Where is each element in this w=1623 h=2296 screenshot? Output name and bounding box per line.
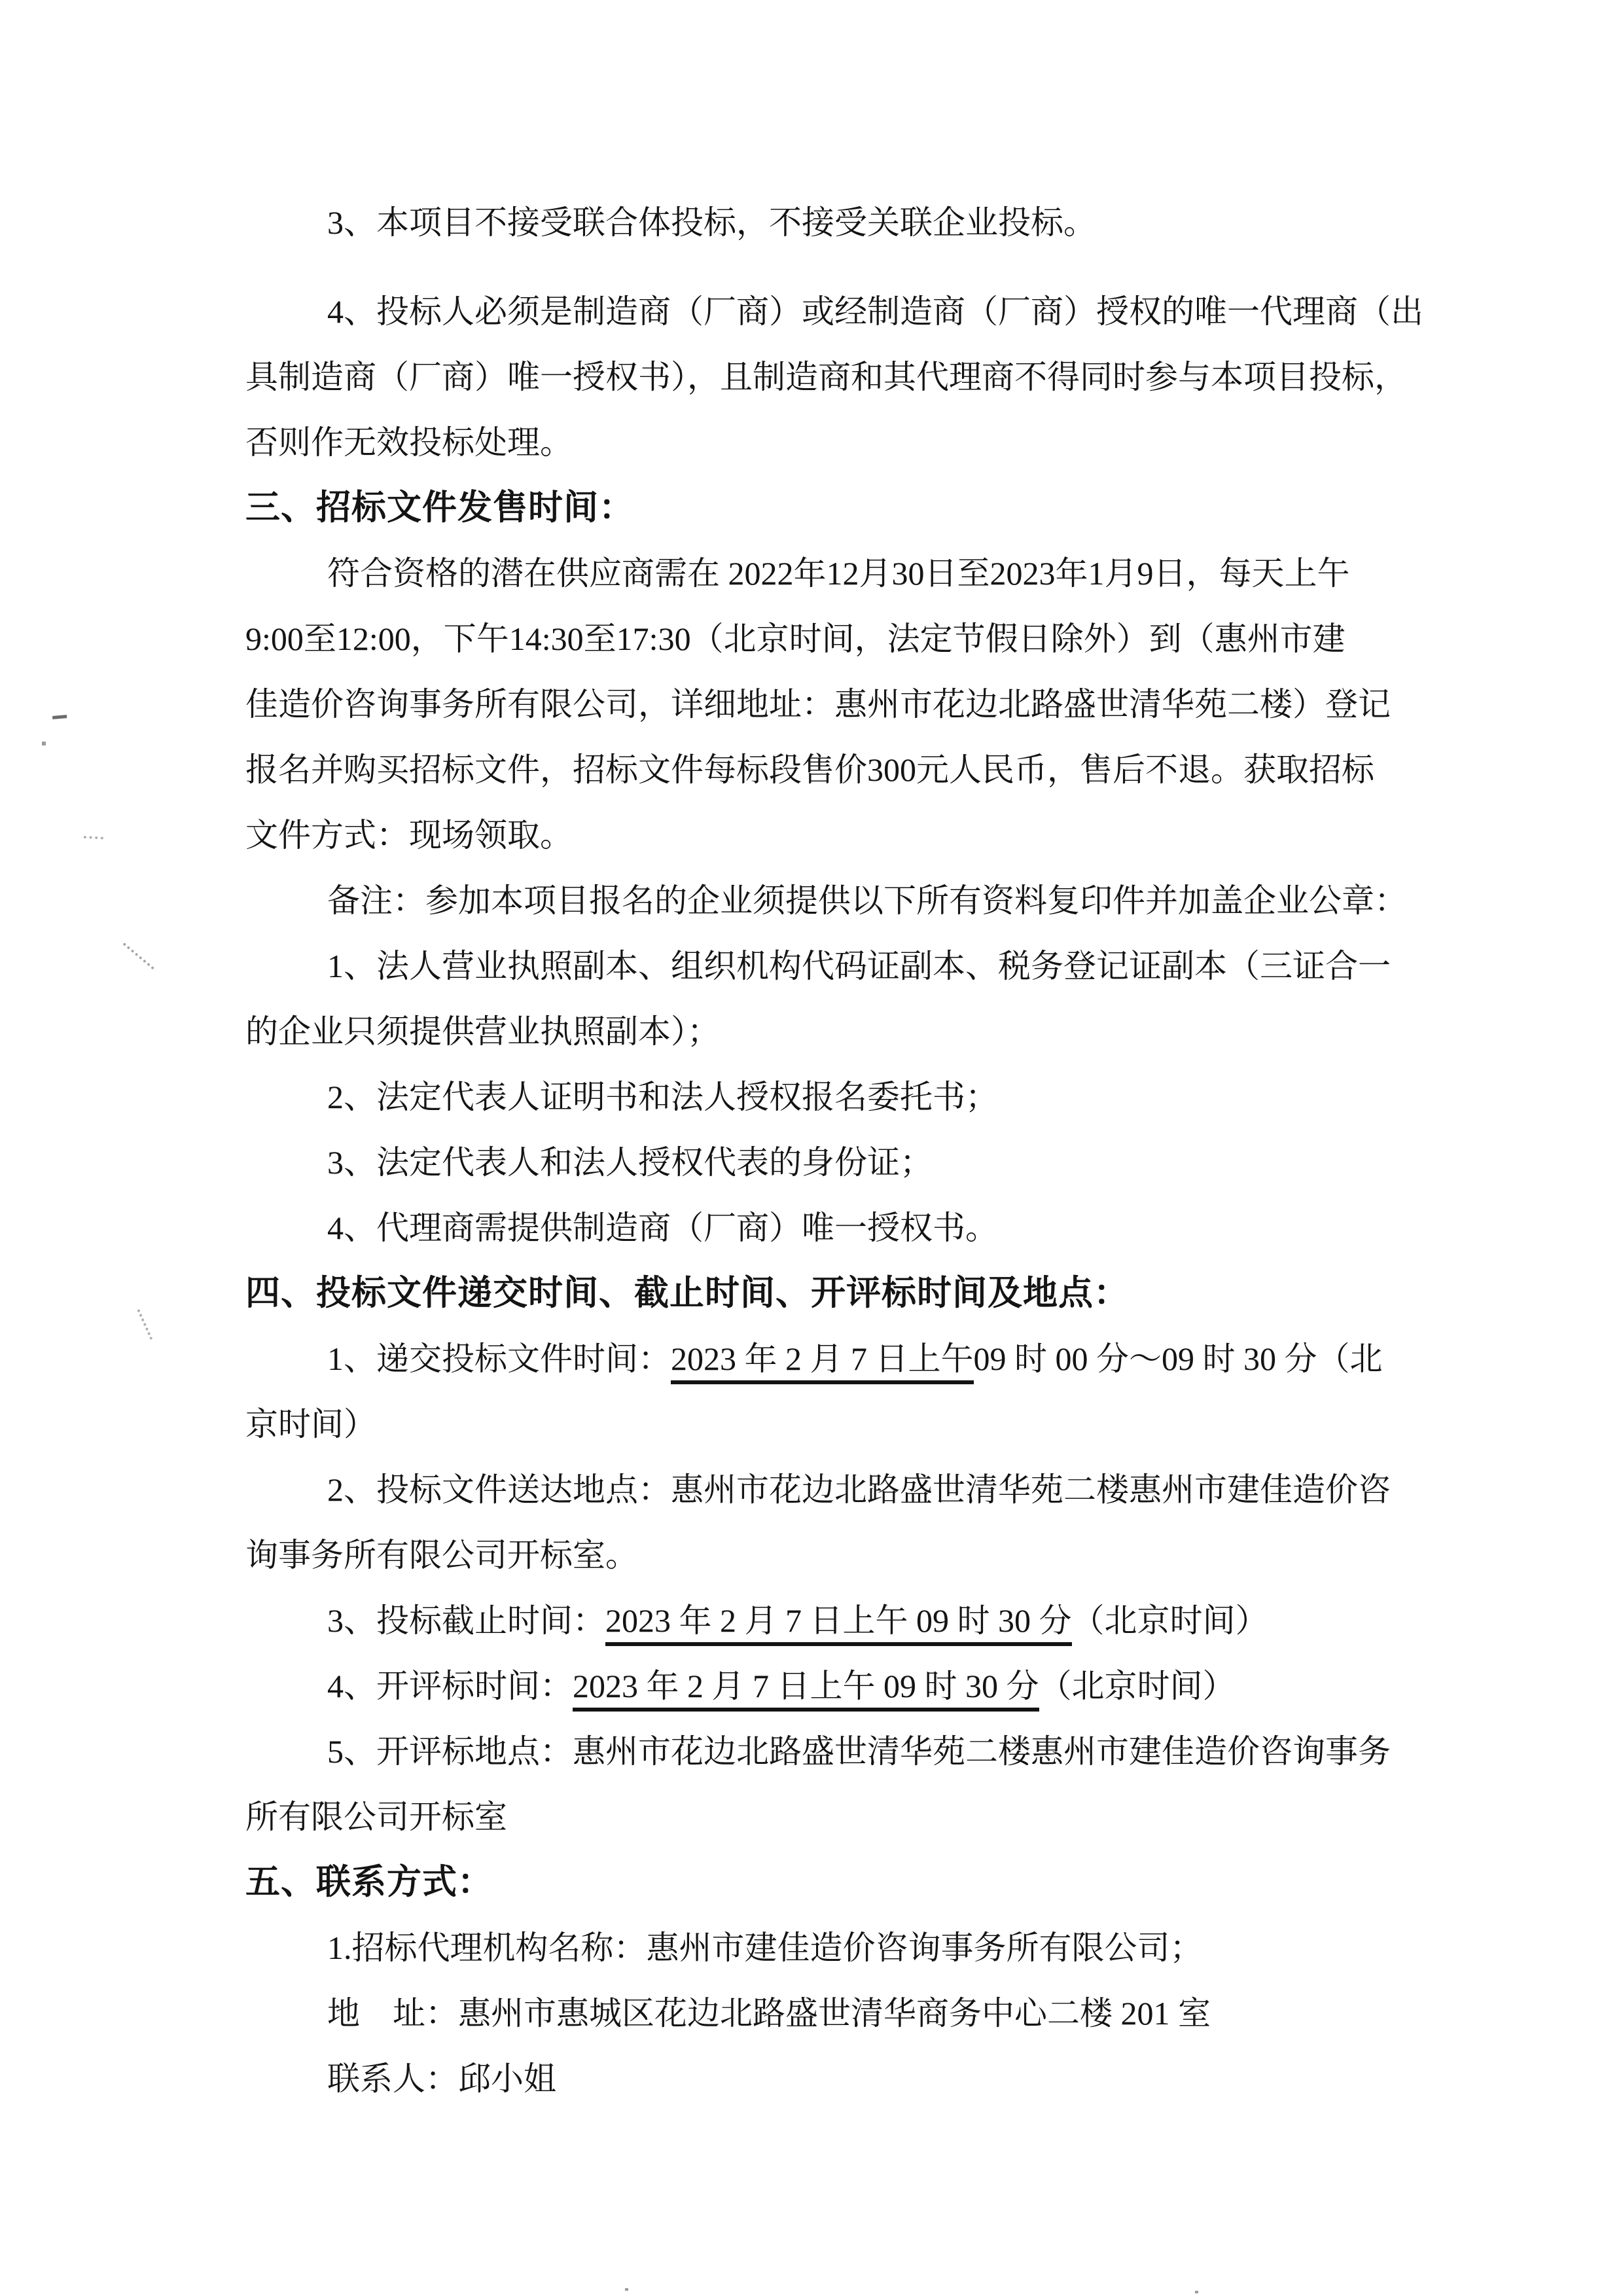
text-segment: 所有限公司开标室 (245, 1799, 507, 1835)
document-line: 1、法人营业执照副本、组织机构代码证副本、税务登记证副本（三证合一 (245, 933, 1407, 999)
document-line: 京时间） (245, 1391, 1407, 1457)
text-segment: 5、开评标地点：惠州市花边北路盛世清华苑二楼惠州市建佳造价咨询事务 (327, 1733, 1391, 1770)
document-line: 4、开评标时间：2023 年 2 月 7 日上午 09 时 30 分（北京时间） (245, 1653, 1407, 1719)
text-segment: 否则作无效投标处理。 (245, 424, 573, 461)
document-line: 询事务所有限公司开标室。 (245, 1522, 1407, 1588)
underlined-date: 2023 年 2 月 7 日上午 (671, 1340, 974, 1384)
text-segment: 具制造商（厂商）唯一授权书），且制造商和其代理商不得同时参与本项目投标， (245, 359, 1407, 395)
document-line: 报名并购买招标文件，招标文件每标段售价300元人民币，售后不退。获取招标 (245, 737, 1407, 802)
text-segment: 五、联系方式： (245, 1863, 493, 1901)
text-segment: 1.招标代理机构名称：惠州市建佳造价咨询事务所有限公司； (327, 1929, 1203, 1966)
text-segment: 询事务所有限公司开标室。 (245, 1537, 638, 1573)
document-line: 2、投标文件送达地点：惠州市花边北路盛世清华苑二楼惠州市建佳造价咨 (245, 1457, 1407, 1522)
text-segment: 4、开评标时间： (327, 1668, 573, 1704)
document-line: 4、代理商需提供制造商（厂商）唯一授权书。 (245, 1195, 1407, 1261)
underlined-date: 2023 年 2 月 7 日上午 09 时 30 分 (573, 1668, 1039, 1712)
document-line: 5、开评标地点：惠州市花边北路盛世清华苑二楼惠州市建佳造价咨询事务 (245, 1719, 1407, 1784)
document-line: 3、投标截止时间：2023 年 2 月 7 日上午 09 时 30 分（北京时间… (245, 1588, 1407, 1653)
scan-artifact (52, 715, 67, 719)
document-line: 文件方式：现场领取。 (245, 802, 1407, 868)
text-segment: 3、法定代表人和法人授权代表的身份证； (327, 1144, 933, 1181)
text-segment: 09 时 00 分～09 时 30 分（北 (974, 1340, 1383, 1377)
text-segment: 联系人：邱小姐 (327, 2060, 556, 2097)
text-segment: 1、递交投标文件时间： (327, 1340, 671, 1377)
text-segment: 2、投标文件送达地点：惠州市花边北路盛世清华苑二楼惠州市建佳造价咨 (327, 1471, 1391, 1508)
text-segment: 四、投标文件递交时间、截止时间、开评标时间及地点： (245, 1274, 1129, 1312)
document-line: 备注：参加本项目报名的企业须提供以下所有资料复印件并加盖企业公章： (245, 868, 1407, 933)
document-line: 的企业只须提供营业执照副本）； (245, 999, 1407, 1064)
text-segment: 报名并购买招标文件，招标文件每标段售价300元人民币，售后不退。获取招标 (245, 751, 1374, 788)
document-line: 1、递交投标文件时间：2023 年 2 月 7 日上午09 时 00 分～09 … (245, 1326, 1407, 1391)
document-body: 3、本项目不接受联合体投标，不接受关联企业投标。4、投标人必须是制造商（厂商）或… (245, 190, 1407, 2111)
text-segment: （北京时间） (1072, 1602, 1268, 1639)
text-segment: （北京时间） (1039, 1668, 1236, 1704)
document-line: 佳造价咨询事务所有限公司，详细地址：惠州市花边北路盛世清华苑二楼）登记 (245, 672, 1407, 737)
scan-artifact (1195, 2291, 1198, 2293)
text-segment: 4、代理商需提供制造商（厂商）唯一授权书。 (327, 1210, 998, 1246)
text-segment: 4、投标人必须是制造商（厂商）或经制造商（厂商）授权的唯一代理商（出 (327, 293, 1423, 330)
scan-artifact (136, 1309, 152, 1340)
scan-artifact (122, 942, 154, 970)
document-line: 地 址：惠州市惠城区花边北路盛世清华商务中心二楼 201 室 (245, 1981, 1407, 2046)
text-segment: 3、本项目不接受联合体投标，不接受关联企业投标。 (327, 204, 1096, 241)
scan-artifact (625, 2288, 628, 2291)
text-segment: 地 址：惠州市惠城区花边北路盛世清华商务中心二楼 201 室 (327, 1995, 1211, 2032)
document-line: 否则作无效投标处理。 (245, 410, 1407, 475)
document-line: 4、投标人必须是制造商（厂商）或经制造商（厂商）授权的唯一代理商（出 (245, 279, 1407, 344)
text-segment: 2、法定代表人证明书和法人授权报名委托书； (327, 1079, 998, 1115)
text-segment: 符合资格的潜在供应商需在 2022年12月30日至2023年1月9日，每天上午 (327, 555, 1350, 592)
document-line: 具制造商（厂商）唯一授权书），且制造商和其代理商不得同时参与本项目投标， (245, 344, 1407, 410)
section-heading: 五、联系方式： (245, 1850, 1407, 1915)
document-line: 9:00至12:00，下午14:30至17:30（北京时间，法定节假日除外）到（… (245, 606, 1407, 672)
text-segment: 3、投标截止时间： (327, 1602, 605, 1639)
document-line: 联系人：邱小姐 (245, 2046, 1407, 2111)
text-segment: 文件方式：现场领取。 (245, 817, 573, 853)
document-line: 1.招标代理机构名称：惠州市建佳造价咨询事务所有限公司； (245, 1915, 1407, 1981)
text-segment: 1、法人营业执照副本、组织机构代码证副本、税务登记证副本（三证合一 (327, 948, 1391, 984)
text-segment: 的企业只须提供营业执照副本）； (245, 1013, 720, 1050)
document-line: 2、法定代表人证明书和法人授权报名委托书； (245, 1064, 1407, 1130)
text-segment: 9:00至12:00，下午14:30至17:30（北京时间，法定节假日除外）到（… (245, 620, 1346, 657)
document-line: 符合资格的潜在供应商需在 2022年12月30日至2023年1月9日，每天上午 (245, 541, 1407, 606)
section-heading: 三、招标文件发售时间： (245, 475, 1407, 541)
document-line: 3、法定代表人和法人授权代表的身份证； (245, 1130, 1407, 1195)
scan-artifact (42, 742, 46, 745)
section-heading: 四、投标文件递交时间、截止时间、开评标时间及地点： (245, 1261, 1407, 1326)
document-line: 所有限公司开标室 (245, 1784, 1407, 1850)
scan-artifact (84, 836, 103, 840)
text-segment: 京时间） (245, 1406, 376, 1443)
text-segment: 备注：参加本项目报名的企业须提供以下所有资料复印件并加盖企业公章： (327, 882, 1407, 919)
document-page: 3、本项目不接受联合体投标，不接受关联企业投标。4、投标人必须是制造商（厂商）或… (0, 0, 1623, 2296)
underlined-date: 2023 年 2 月 7 日上午 09 时 30 分 (605, 1602, 1072, 1646)
document-line: 3、本项目不接受联合体投标，不接受关联企业投标。 (245, 190, 1407, 255)
text-segment: 佳造价咨询事务所有限公司，详细地址：惠州市花边北路盛世清华苑二楼）登记 (245, 686, 1391, 723)
text-segment: 三、招标文件发售时间： (245, 489, 634, 527)
